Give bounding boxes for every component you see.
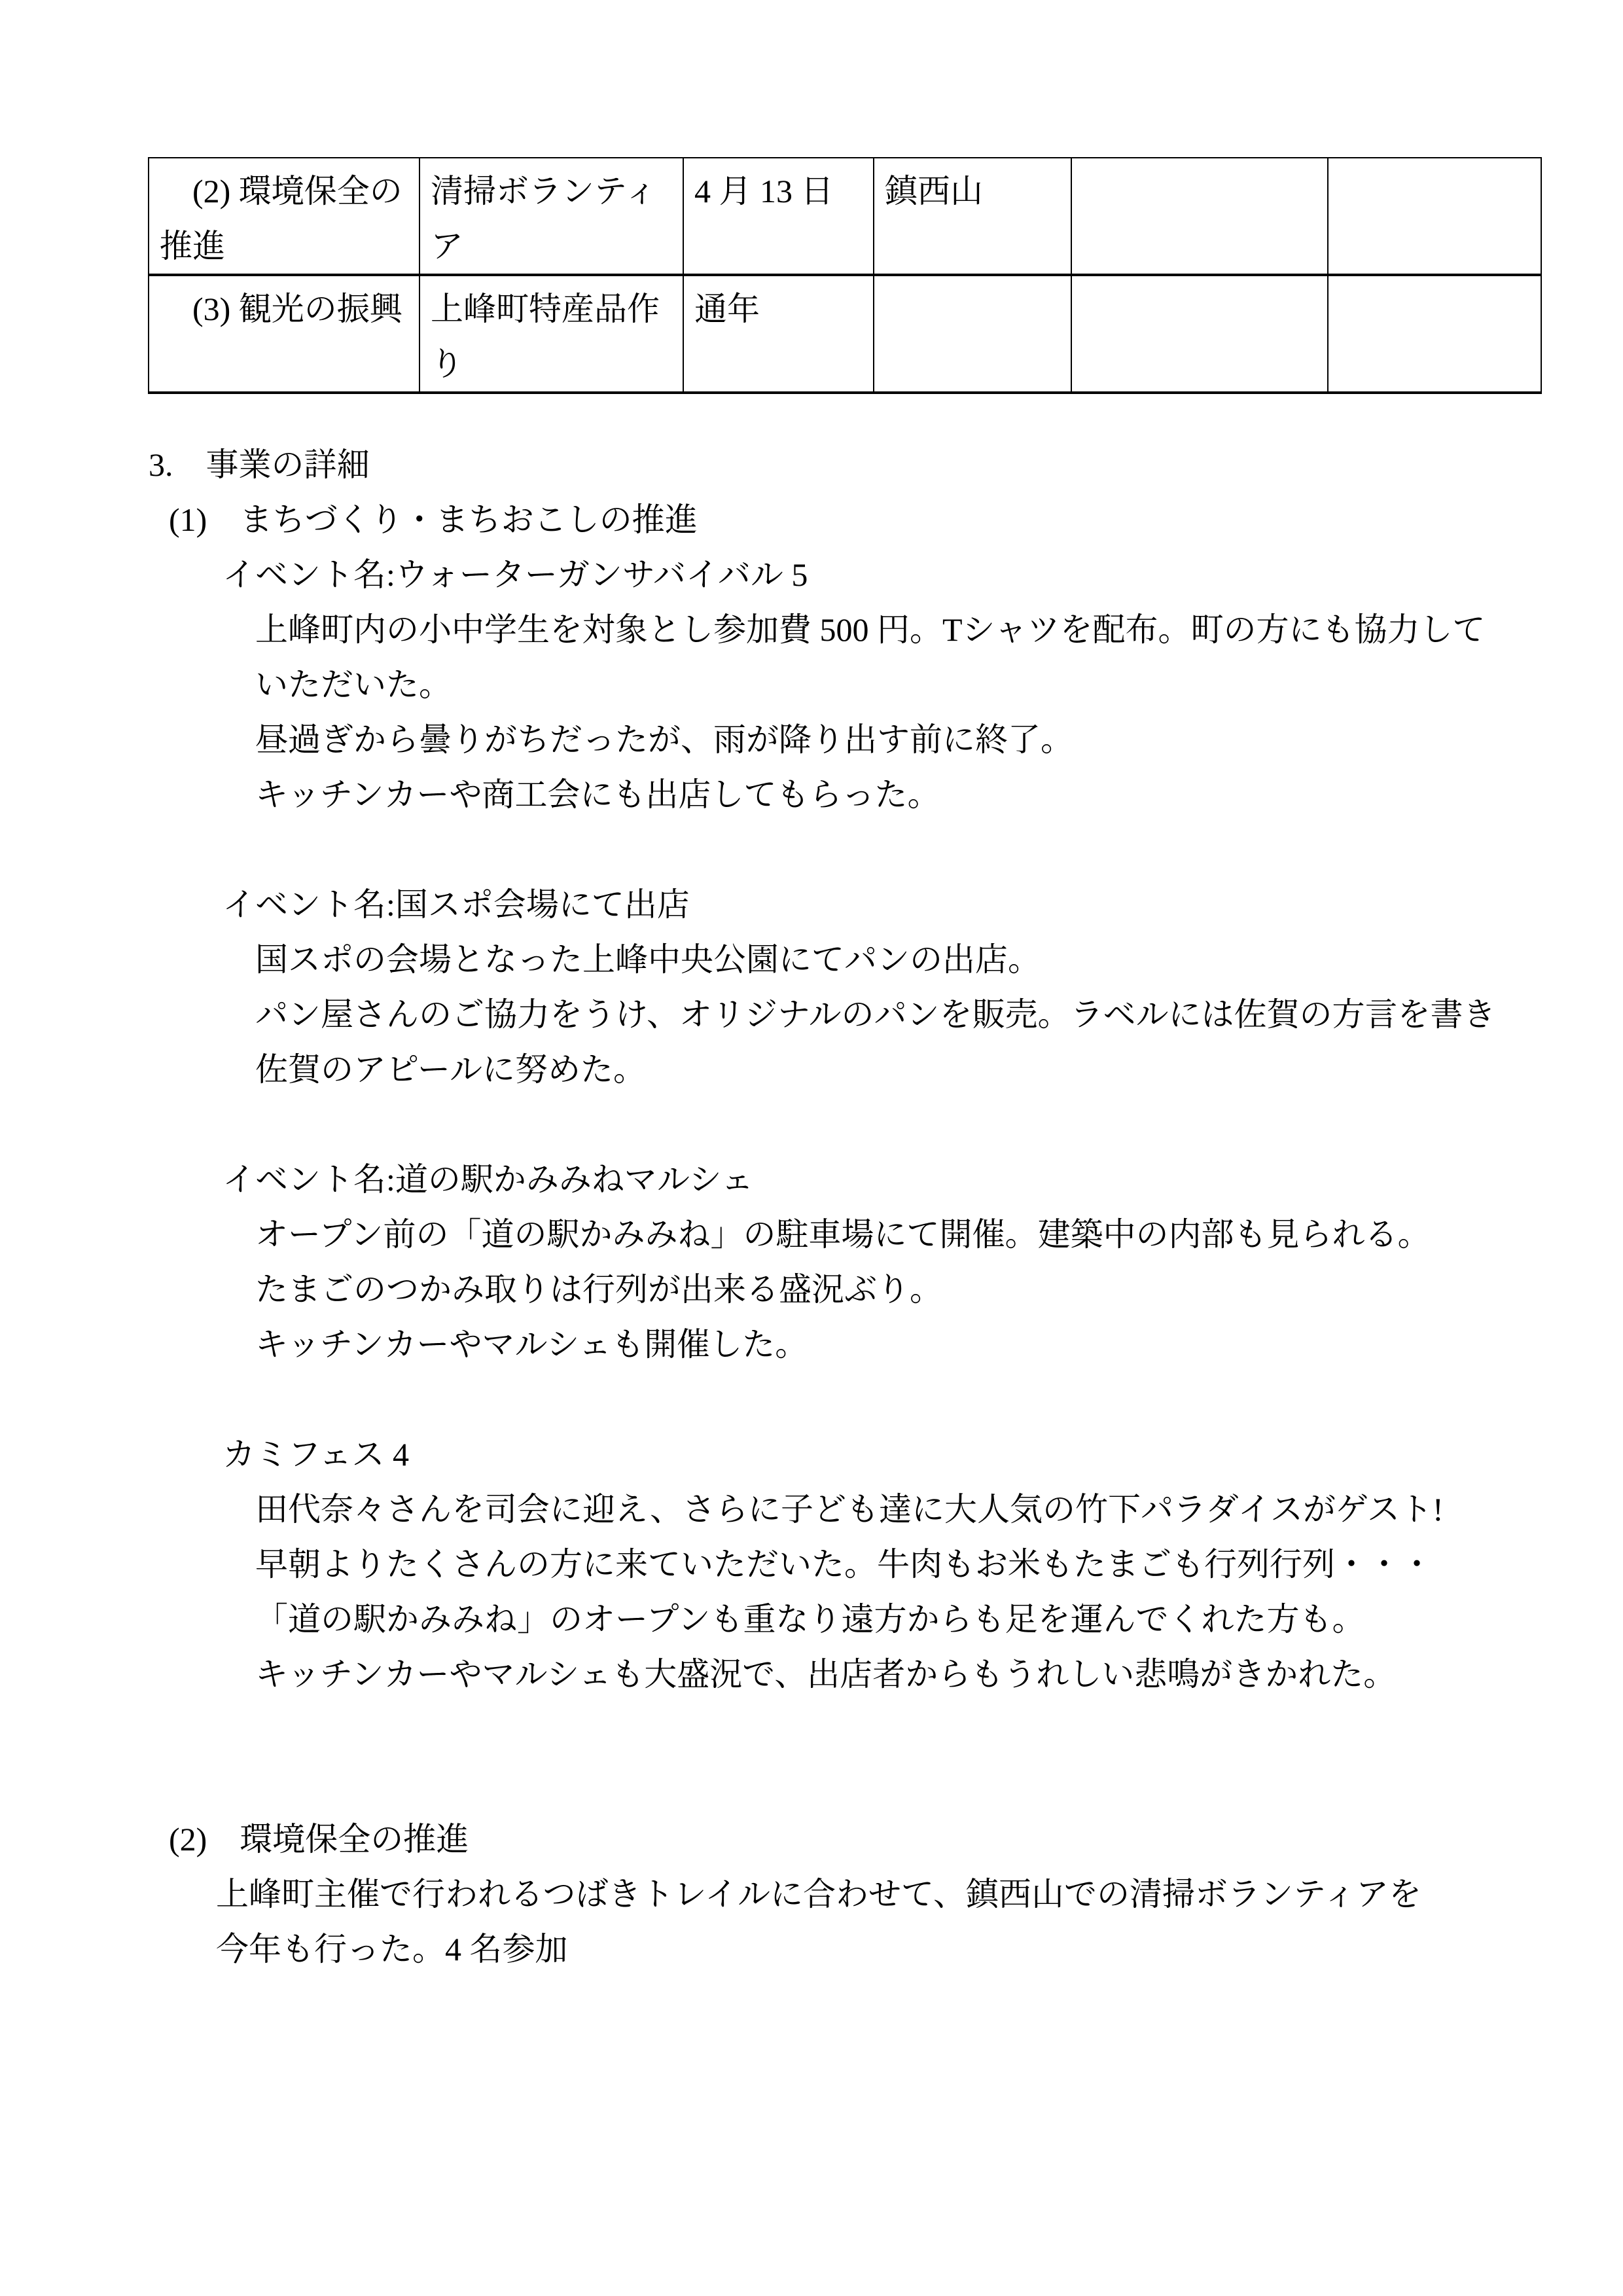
text-line: 今年も行った。4 名参加 xyxy=(216,1922,1623,1977)
event-name-line: イベント名:国スポ会場にて出店 xyxy=(223,877,1623,932)
table-cell-date: 4 月 13 日 xyxy=(683,158,874,275)
table-cell-category: (3) 観光の振興 xyxy=(149,275,419,393)
table-cell-empty xyxy=(1071,158,1328,275)
subsection-heading: (2) 環境保全の推進 xyxy=(169,1812,1623,1867)
text-line: キッチンカーや商工会にも出店してもらった。 xyxy=(255,767,1623,822)
text-line: いただいた。 xyxy=(255,657,1623,712)
text-line: キッチンカーやマルシェも開催した。 xyxy=(255,1317,1623,1372)
body-text: 3. 事業の詳細 (1) まちづくり・まちおこしの推進 イベント名:ウォーターガ… xyxy=(0,437,1623,1977)
subsection-heading: (1) まちづくり・まちおこしの推進 xyxy=(169,492,1623,547)
blank-line xyxy=(0,822,1623,877)
document-page: (2) 環境保全の 推進 清掃ボランティ ア 4 月 13 日 鎮西山 (3) … xyxy=(0,0,1623,2296)
project-table-grid: (2) 環境保全の 推進 清掃ボランティ ア 4 月 13 日 鎮西山 (3) … xyxy=(148,157,1542,394)
table-row: (3) 観光の振興 上峰町特産品作 り 通年 xyxy=(149,275,1541,393)
table-cell-date: 通年 xyxy=(683,275,874,393)
table-cell-event: 上峰町特産品作 り xyxy=(419,275,683,393)
text-line: 上峰町主催で行われるつばきトレイルに合わせて、鎮西山での清掃ボランティアを xyxy=(216,1867,1623,1922)
table-row: (2) 環境保全の 推進 清掃ボランティ ア 4 月 13 日 鎮西山 xyxy=(149,158,1541,275)
blank-line xyxy=(0,1097,1623,1152)
text-line: たまごのつかみ取りは行列が出来る盛況ぶり。 xyxy=(255,1262,1623,1317)
event-name-line: イベント名:道の駅かみみねマルシェ xyxy=(223,1152,1623,1207)
event-name-line: イベント名:ウォーターガンサバイバル 5 xyxy=(223,547,1623,602)
text-line: 佐賀のアピールに努めた。 xyxy=(255,1042,1623,1097)
section-heading: 3. 事業の詳細 xyxy=(149,437,1623,492)
text-line: 上峰町内の小中学生を対象とし参加費 500 円。Tシャツを配布。町の方にも協力し… xyxy=(255,602,1623,657)
table-cell-category: (2) 環境保全の 推進 xyxy=(149,158,419,275)
table-cell-event: 清掃ボランティ ア xyxy=(419,158,683,275)
table-cell-place: 鎮西山 xyxy=(874,158,1071,275)
text-line: 早朝よりたくさんの方に来ていただいた。牛肉もお米もたまごも行列行列・・・ xyxy=(255,1537,1623,1592)
text-line: 「道の駅かみみね」のオープンも重なり遠方からも足を運んでくれた方も。 xyxy=(255,1592,1623,1647)
table-cell-empty xyxy=(874,275,1071,393)
project-table: (2) 環境保全の 推進 清掃ボランティ ア 4 月 13 日 鎮西山 (3) … xyxy=(148,157,1542,394)
table-cell-empty xyxy=(1071,275,1328,393)
text-line: キッチンカーやマルシェも大盛況で、出店者からもうれしい悲鳴がきかれた。 xyxy=(255,1647,1623,1702)
text-line: 国スポの会場となった上峰中央公園にてパンの出店。 xyxy=(255,932,1623,987)
text-line: 田代奈々さんを司会に迎え、さらに子ども達に大人気の竹下パラダイスがゲスト! xyxy=(255,1482,1623,1537)
blank-line xyxy=(0,1757,1623,1812)
table-cell-empty xyxy=(1328,275,1541,393)
text-line: 昼過ぎから曇りがちだったが、雨が降り出す前に終了。 xyxy=(255,712,1623,767)
text-line: オープン前の「道の駅かみみね」の駐車場にて開催。建築中の内部も見られる。 xyxy=(255,1207,1623,1262)
blank-line xyxy=(0,1372,1623,1427)
table-cell-empty xyxy=(1328,158,1541,275)
text-line: パン屋さんのご協力をうけ、オリジナルのパンを販売。ラベルには佐賀の方言を書き xyxy=(255,987,1623,1042)
event-name-line: カミフェス 4 xyxy=(223,1427,1623,1482)
blank-line xyxy=(0,1702,1623,1757)
